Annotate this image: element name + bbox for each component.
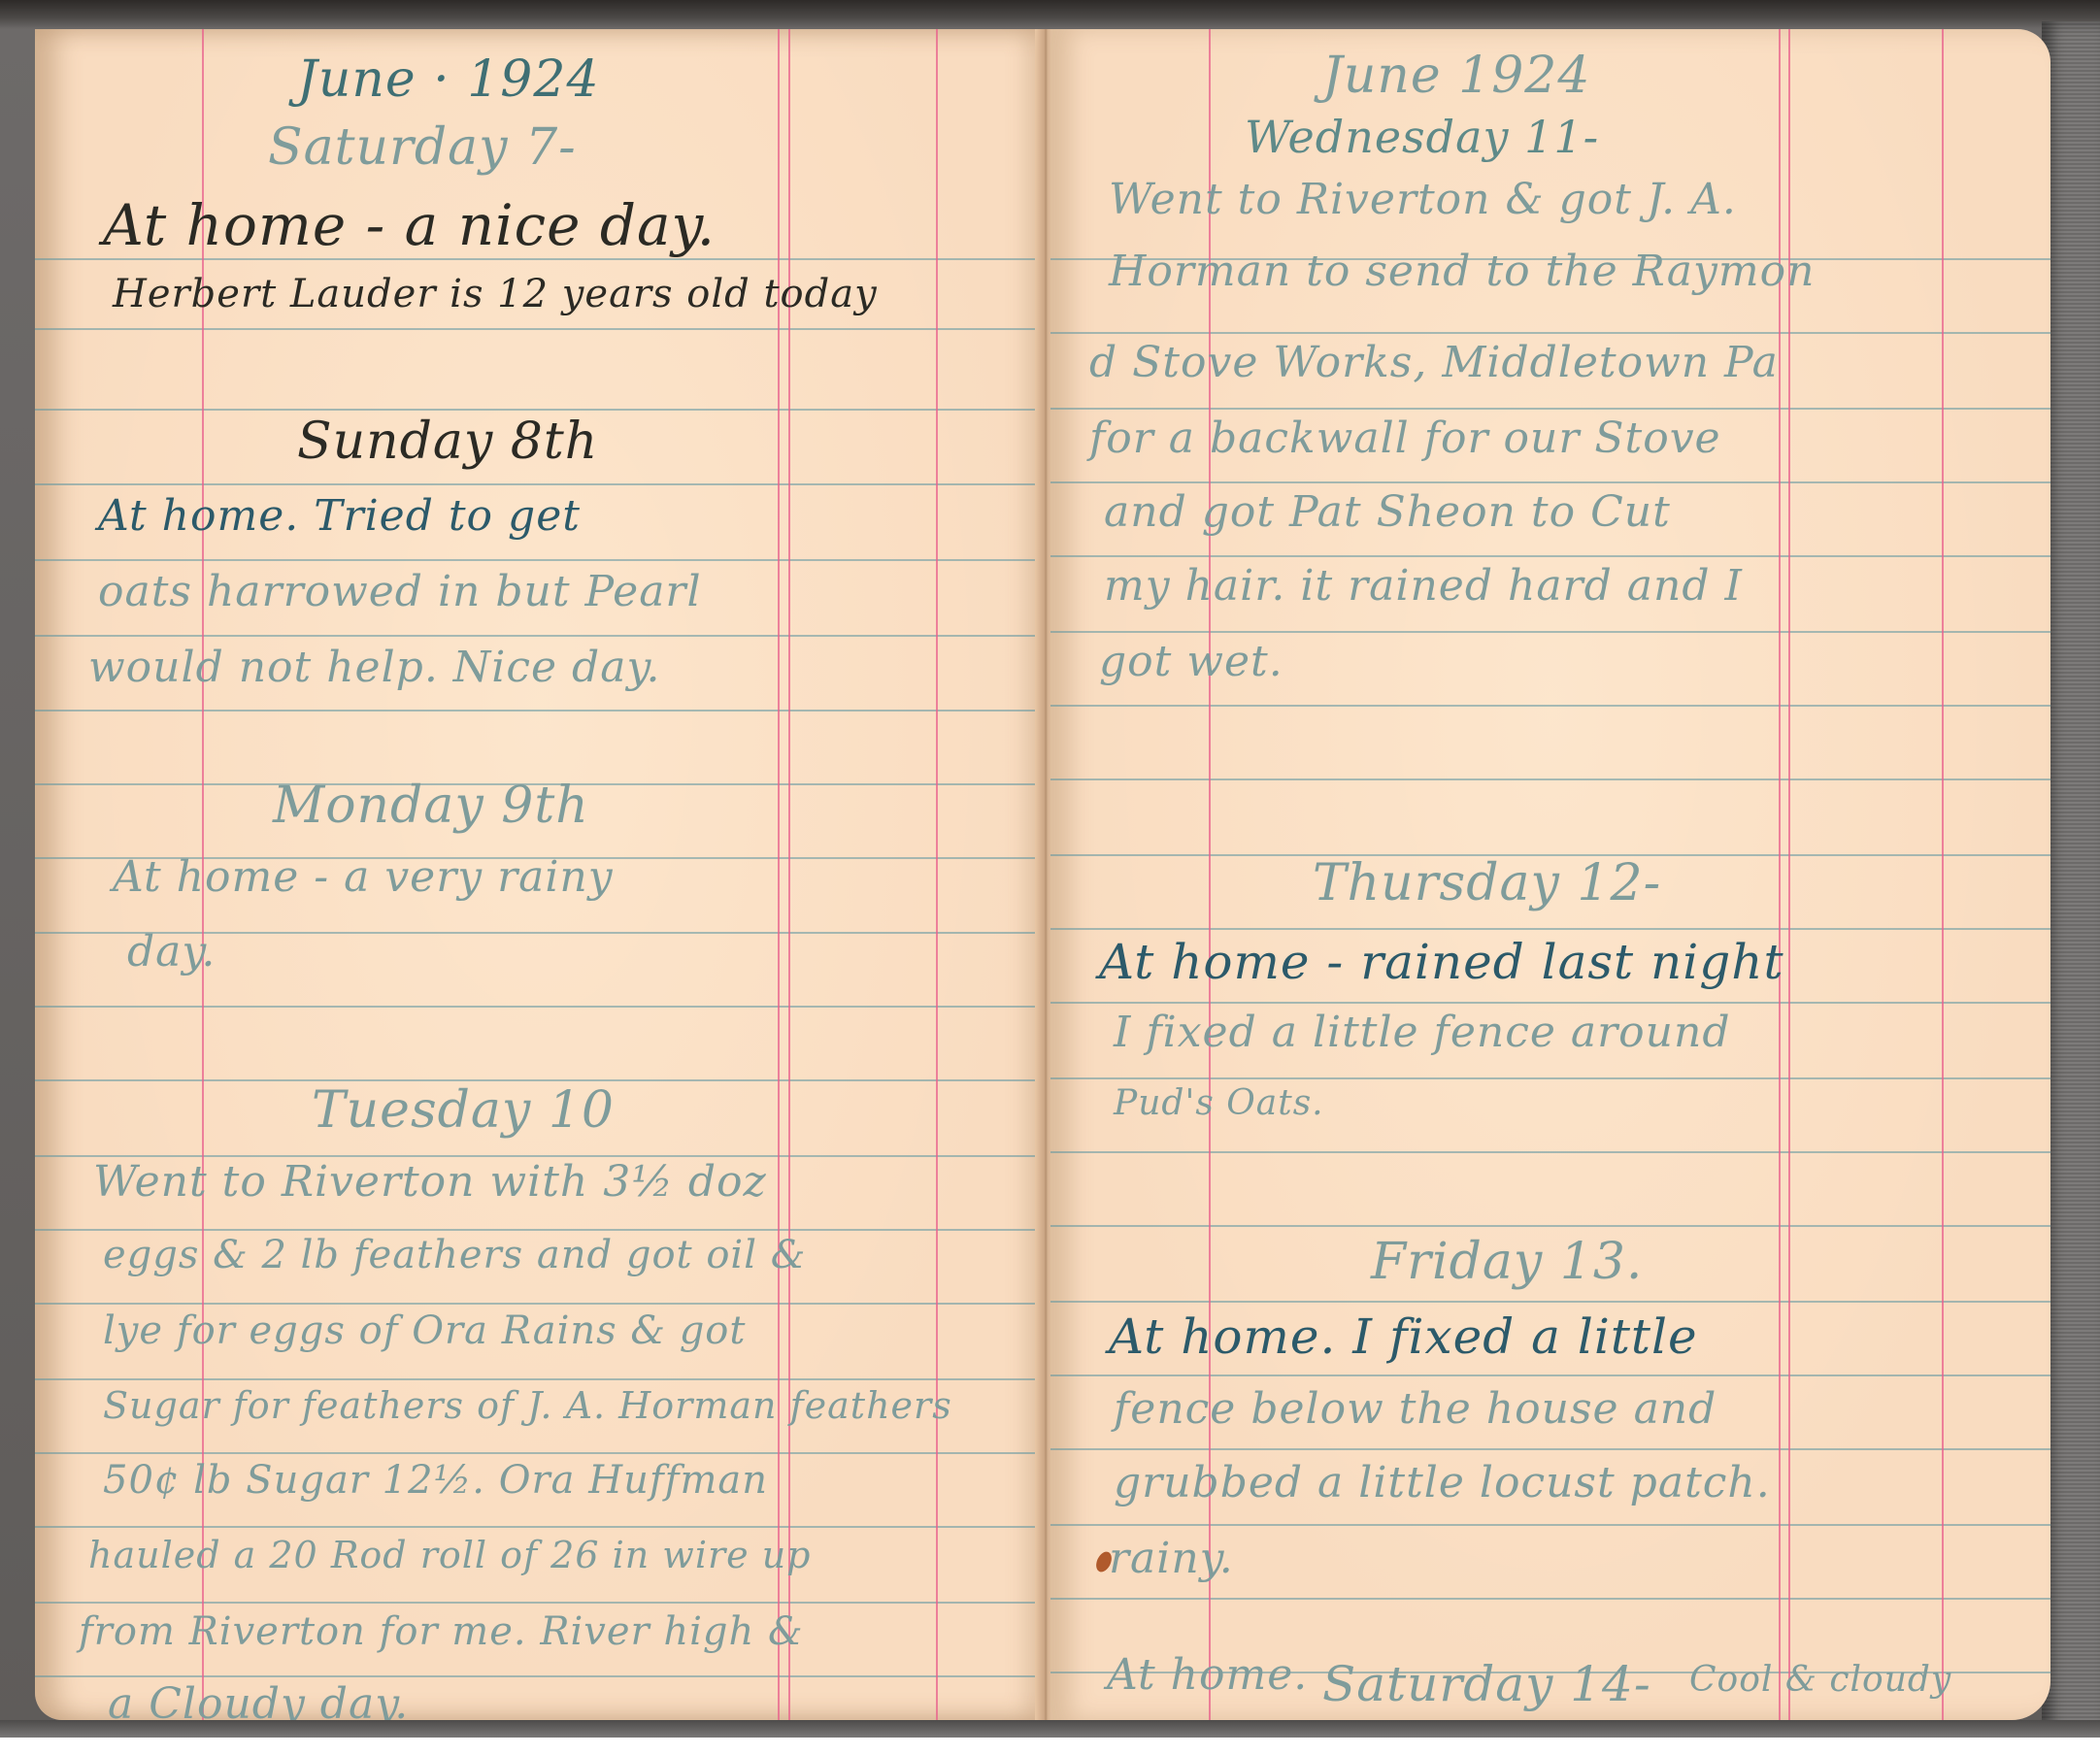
ruled-line [35, 1229, 1045, 1231]
entry-line: a Cloudy day. [108, 1679, 409, 1720]
ruled-line [35, 1526, 1045, 1528]
ruled-line [1050, 1524, 2050, 1526]
entry-line: rainy. [1109, 1534, 1234, 1583]
column-line [1942, 29, 1944, 1720]
entry-line: At home. [1107, 1650, 1308, 1700]
entry-line: my hair. it rained hard and I [1104, 561, 1743, 611]
ruled-line [1050, 1002, 2050, 1004]
ruled-line [35, 1378, 1045, 1380]
entry-line: day. [127, 927, 216, 977]
ruled-line [1050, 555, 2050, 557]
entry-line: for a backwall for our Stove [1089, 414, 1721, 463]
entry-day-heading: Thursday 12- [1313, 854, 1661, 912]
entry-line: Sugar for feathers of J. A. Horman feath… [103, 1384, 952, 1427]
entry-day-heading: Wednesday 11- [1245, 111, 1599, 163]
ruled-line [35, 1303, 1045, 1305]
entry-line: Pud's Oats. [1114, 1083, 1324, 1123]
left-page: June · 1924 Saturday 7- At home - a nice… [35, 29, 1045, 1720]
entry-line: Went to Riverton & got J. A. [1109, 175, 1737, 224]
ruled-line [1050, 778, 2050, 780]
entry-line: would not help. Nice day. [88, 643, 660, 692]
entry-line: grubbed a little locust patch. [1114, 1458, 1771, 1507]
ruled-line [1050, 1151, 2050, 1153]
entry-line: d Stove Works, Middletown Pa [1089, 338, 1779, 387]
entry-line: At home. Tried to get [98, 491, 581, 541]
ruled-line [35, 483, 1045, 485]
entry-line: got wet. [1099, 637, 1283, 686]
ruled-line [1050, 631, 2050, 633]
ruled-line [1050, 1374, 2050, 1376]
ruled-line [1050, 332, 2050, 334]
notebook-cover-edge [2042, 21, 2100, 1738]
ruled-line [1050, 1448, 2050, 1450]
entry-line: Horman to send to the Raymon [1109, 247, 1815, 296]
entry-day-heading: Tuesday 10 [312, 1081, 615, 1140]
entry-line: eggs & 2 lb feathers and got oil & [103, 1233, 806, 1277]
ruled-line [1050, 928, 2050, 930]
ruled-line [1050, 1225, 2050, 1227]
right-page: June 1924 Wednesday 11- Went to Riverton… [1050, 29, 2050, 1720]
entry-day-heading: Saturday 14- [1322, 1656, 1651, 1712]
entry-line: lye for eggs of Ora Rains & got [103, 1308, 746, 1353]
ruled-line [1050, 481, 2050, 483]
entry-line: and got Pat Sheon to Cut [1104, 487, 1671, 537]
entry-line: Cool & cloudy [1689, 1660, 1951, 1700]
ruled-line [1050, 1077, 2050, 1079]
entry-line: Herbert Lauder is 12 years old today [113, 272, 878, 316]
entry-line: At home - a very rainy [113, 852, 614, 902]
ruled-line [35, 710, 1045, 712]
scan-bottom-edge [0, 1720, 2100, 1738]
entry-day-heading: Friday 13. [1371, 1233, 1643, 1291]
ruled-line [35, 635, 1045, 637]
entry-line: 50¢ lb Sugar 12½. Ora Huffman [103, 1458, 768, 1503]
ruled-line [35, 1602, 1045, 1604]
ruled-line [35, 258, 1045, 260]
ruled-line [1050, 705, 2050, 707]
entry-line: At home. I fixed a little [1109, 1308, 1698, 1365]
entry-line: hauled a 20 Rod roll of 26 in wire up [88, 1534, 812, 1576]
entry-line: At home - rained last night [1099, 934, 1784, 990]
page-header-date: June · 1924 [297, 50, 600, 109]
entry-line: oats harrowed in but Pearl [98, 567, 702, 616]
ruled-line [35, 1006, 1045, 1008]
ruled-line [35, 409, 1045, 411]
ruled-line [35, 1452, 1045, 1454]
entry-day-heading: Sunday 8th [297, 413, 598, 471]
entry-line: fence below the house and [1114, 1384, 1717, 1434]
entry-day-heading: Monday 9th [273, 777, 589, 835]
ruled-line [1050, 1301, 2050, 1303]
ruled-line [1050, 1598, 2050, 1600]
entry-line: At home - a nice day. [103, 192, 716, 258]
ruled-line [35, 559, 1045, 561]
entry-day-heading: Saturday 7- [268, 118, 577, 177]
ruled-line [35, 328, 1045, 330]
ruled-line [35, 1675, 1045, 1677]
page-header-date: June 1924 [1322, 47, 1590, 105]
entry-line: Went to Riverton with 3½ doz [93, 1157, 767, 1207]
entry-line: from Riverton for me. River high & [79, 1609, 804, 1654]
column-line [936, 29, 938, 1720]
entry-line: I fixed a little fence around [1114, 1008, 1730, 1057]
ruled-line [1050, 408, 2050, 410]
